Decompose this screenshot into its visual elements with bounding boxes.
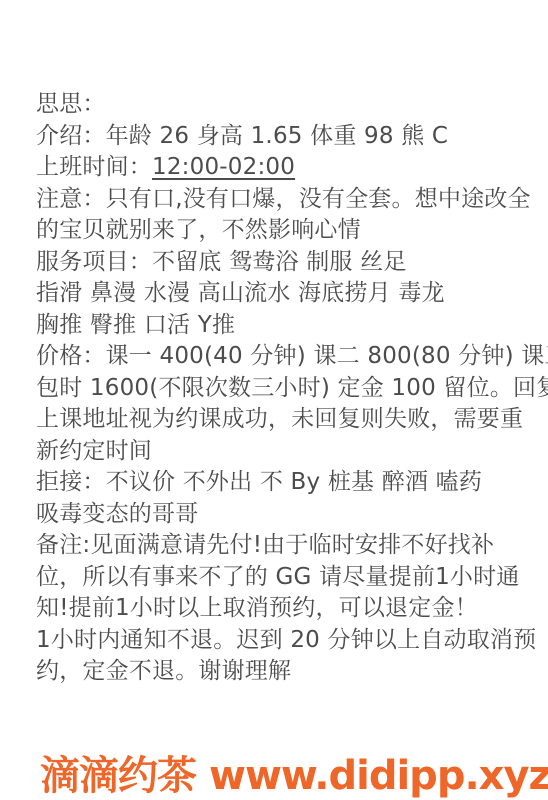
work-hours-line: 上班时间：12:00-02:00 (36, 152, 540, 184)
services-line-2: 指滑 鼻漫 水漫 高山流水 海底捞月 毒龙 (36, 278, 540, 310)
remark-line-4: 1小时内通知不退。迟到 20 分钟以上自动取消预 (36, 625, 540, 657)
reject-line-2: 吸毒变态的哥哥 (36, 499, 540, 531)
remark-line-2: 位，所以有事来不了的 GG 请尽量提前1小时通 (36, 562, 540, 594)
watermark-brand: 滴滴约茶 (40, 744, 196, 800)
watermark: 滴滴约茶 www.didipp.xyz (40, 744, 548, 800)
remark-line-3: 知!提前1小时以上取消预约，可以退定金！ (36, 593, 540, 625)
work-hours-label: 上班时间： (36, 154, 152, 180)
watermark-url: www.didipp.xyz (209, 753, 548, 799)
profile-name: 思思： (36, 89, 540, 121)
notice-line-2: 的宝贝就别来了，不然影响心情 (36, 215, 540, 247)
work-hours-time-link[interactable]: 12:00-02:00 (152, 154, 295, 180)
price-line-3: 上课地址视为约课成功，未回复则失败，需要重 (36, 404, 540, 436)
profile-page: 思思： 介绍：年龄 26 身高 1.65 体重 98 熊 C 上班时间：12:0… (0, 0, 548, 800)
profile-text: 思思： 介绍：年龄 26 身高 1.65 体重 98 熊 C 上班时间：12:0… (36, 89, 540, 688)
reject-line-1: 拒接：不议价 不外出 不 By 桩基 醉酒 嗑药 (36, 467, 540, 499)
remark-line-1: 备注:见面满意请先付!由于临时安排不好找补 (36, 530, 540, 562)
services-line-3: 胸推 臀推 口活 Y推 (36, 310, 540, 342)
remark-line-5: 约，定金不退。谢谢理解 (36, 656, 540, 688)
profile-intro: 介绍：年龄 26 身高 1.65 体重 98 熊 C (36, 121, 540, 153)
price-line-1: 价格：课一 400(40 分钟) 课二 800(80 分钟) 课三 (36, 341, 540, 373)
notice-line-1: 注意：只有口,没有口爆，没有全套。想中途改全 (36, 184, 540, 216)
price-line-2: 包时 1600(不限次数三小时) 定金 100 留位。回复 (36, 373, 540, 405)
services-line-1: 服务项目：不留底 鸳鸯浴 制服 丝足 (36, 247, 540, 279)
price-line-4: 新约定时间 (36, 436, 540, 468)
